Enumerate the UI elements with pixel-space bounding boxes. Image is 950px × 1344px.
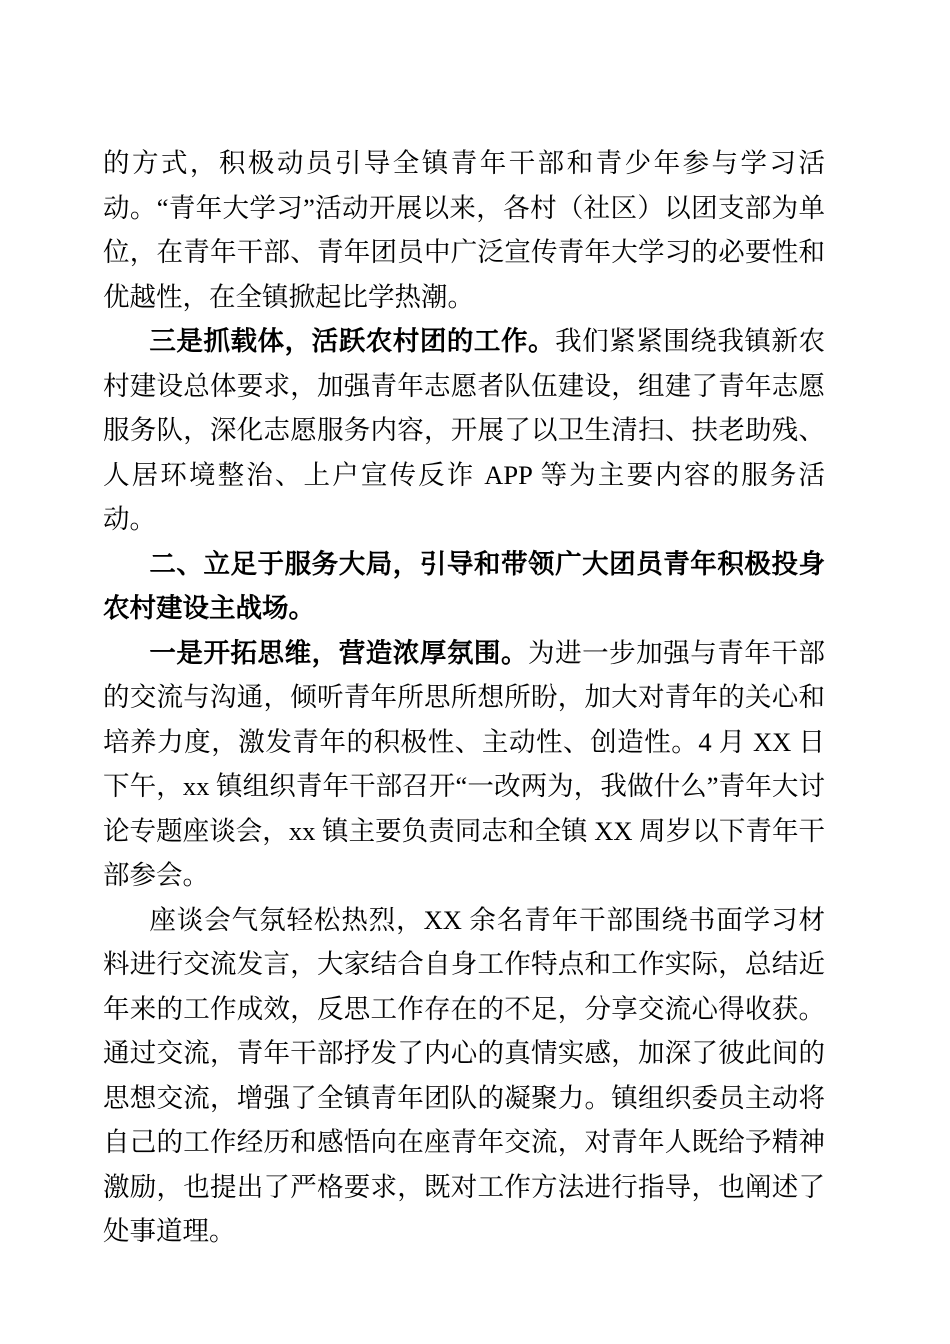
paragraph-continuation: 的方式，积极动员引导全镇青年干部和青少年参与学习活动。“青年大学习”活动开展以来… bbox=[103, 141, 825, 319]
paragraph: 座谈会气氛轻松热烈，XX 余名青年干部围绕书面学习材料进行交流发言，大家结合自身… bbox=[103, 898, 825, 1254]
document-page: 的方式，积极动员引导全镇青年干部和青少年参与学习活动。“青年大学习”活动开展以来… bbox=[0, 0, 950, 1344]
paragraph-text: 的方式，积极动员引导全镇青年干部和青少年参与学习活动。“青年大学习”活动开展以来… bbox=[103, 148, 825, 312]
paragraph: 三是抓载体，活跃农村团的工作。我们紧紧围绕我镇新农村建设总体要求，加强青年志愿者… bbox=[103, 319, 825, 542]
paragraph-text: 座谈会气氛轻松热烈，XX 余名青年干部围绕书面学习材料进行交流发言，大家结合自身… bbox=[103, 905, 825, 1247]
section-heading: 二、立足于服务大局，引导和带领广大团员青年积极投身农村建设主战场。 bbox=[103, 542, 825, 631]
paragraph-lead-emphasis: 一是开拓思维，营造浓厚氛围。 bbox=[149, 638, 528, 668]
paragraph: 一是开拓思维，营造浓厚氛围。为进一步加强与青年干部的交流与沟通，倾听青年所思所想… bbox=[103, 631, 825, 898]
paragraph-text: 为进一步加强与青年干部的交流与沟通，倾听青年所思所想所盼，加大对青年的关心和培养… bbox=[103, 638, 825, 891]
paragraph-text: 我们紧紧围绕我镇新农村建设总体要求，加强青年志愿者队伍建设，组建了青年志愿服务队… bbox=[103, 326, 825, 534]
paragraph-lead-emphasis: 三是抓载体，活跃农村团的工作。 bbox=[149, 326, 555, 356]
document-body: 的方式，积极动员引导全镇青年干部和青少年参与学习活动。“青年大学习”活动开展以来… bbox=[103, 141, 825, 1254]
section-heading-text: 二、立足于服务大局，引导和带领广大团员青年积极投身农村建设主战场。 bbox=[103, 549, 825, 624]
